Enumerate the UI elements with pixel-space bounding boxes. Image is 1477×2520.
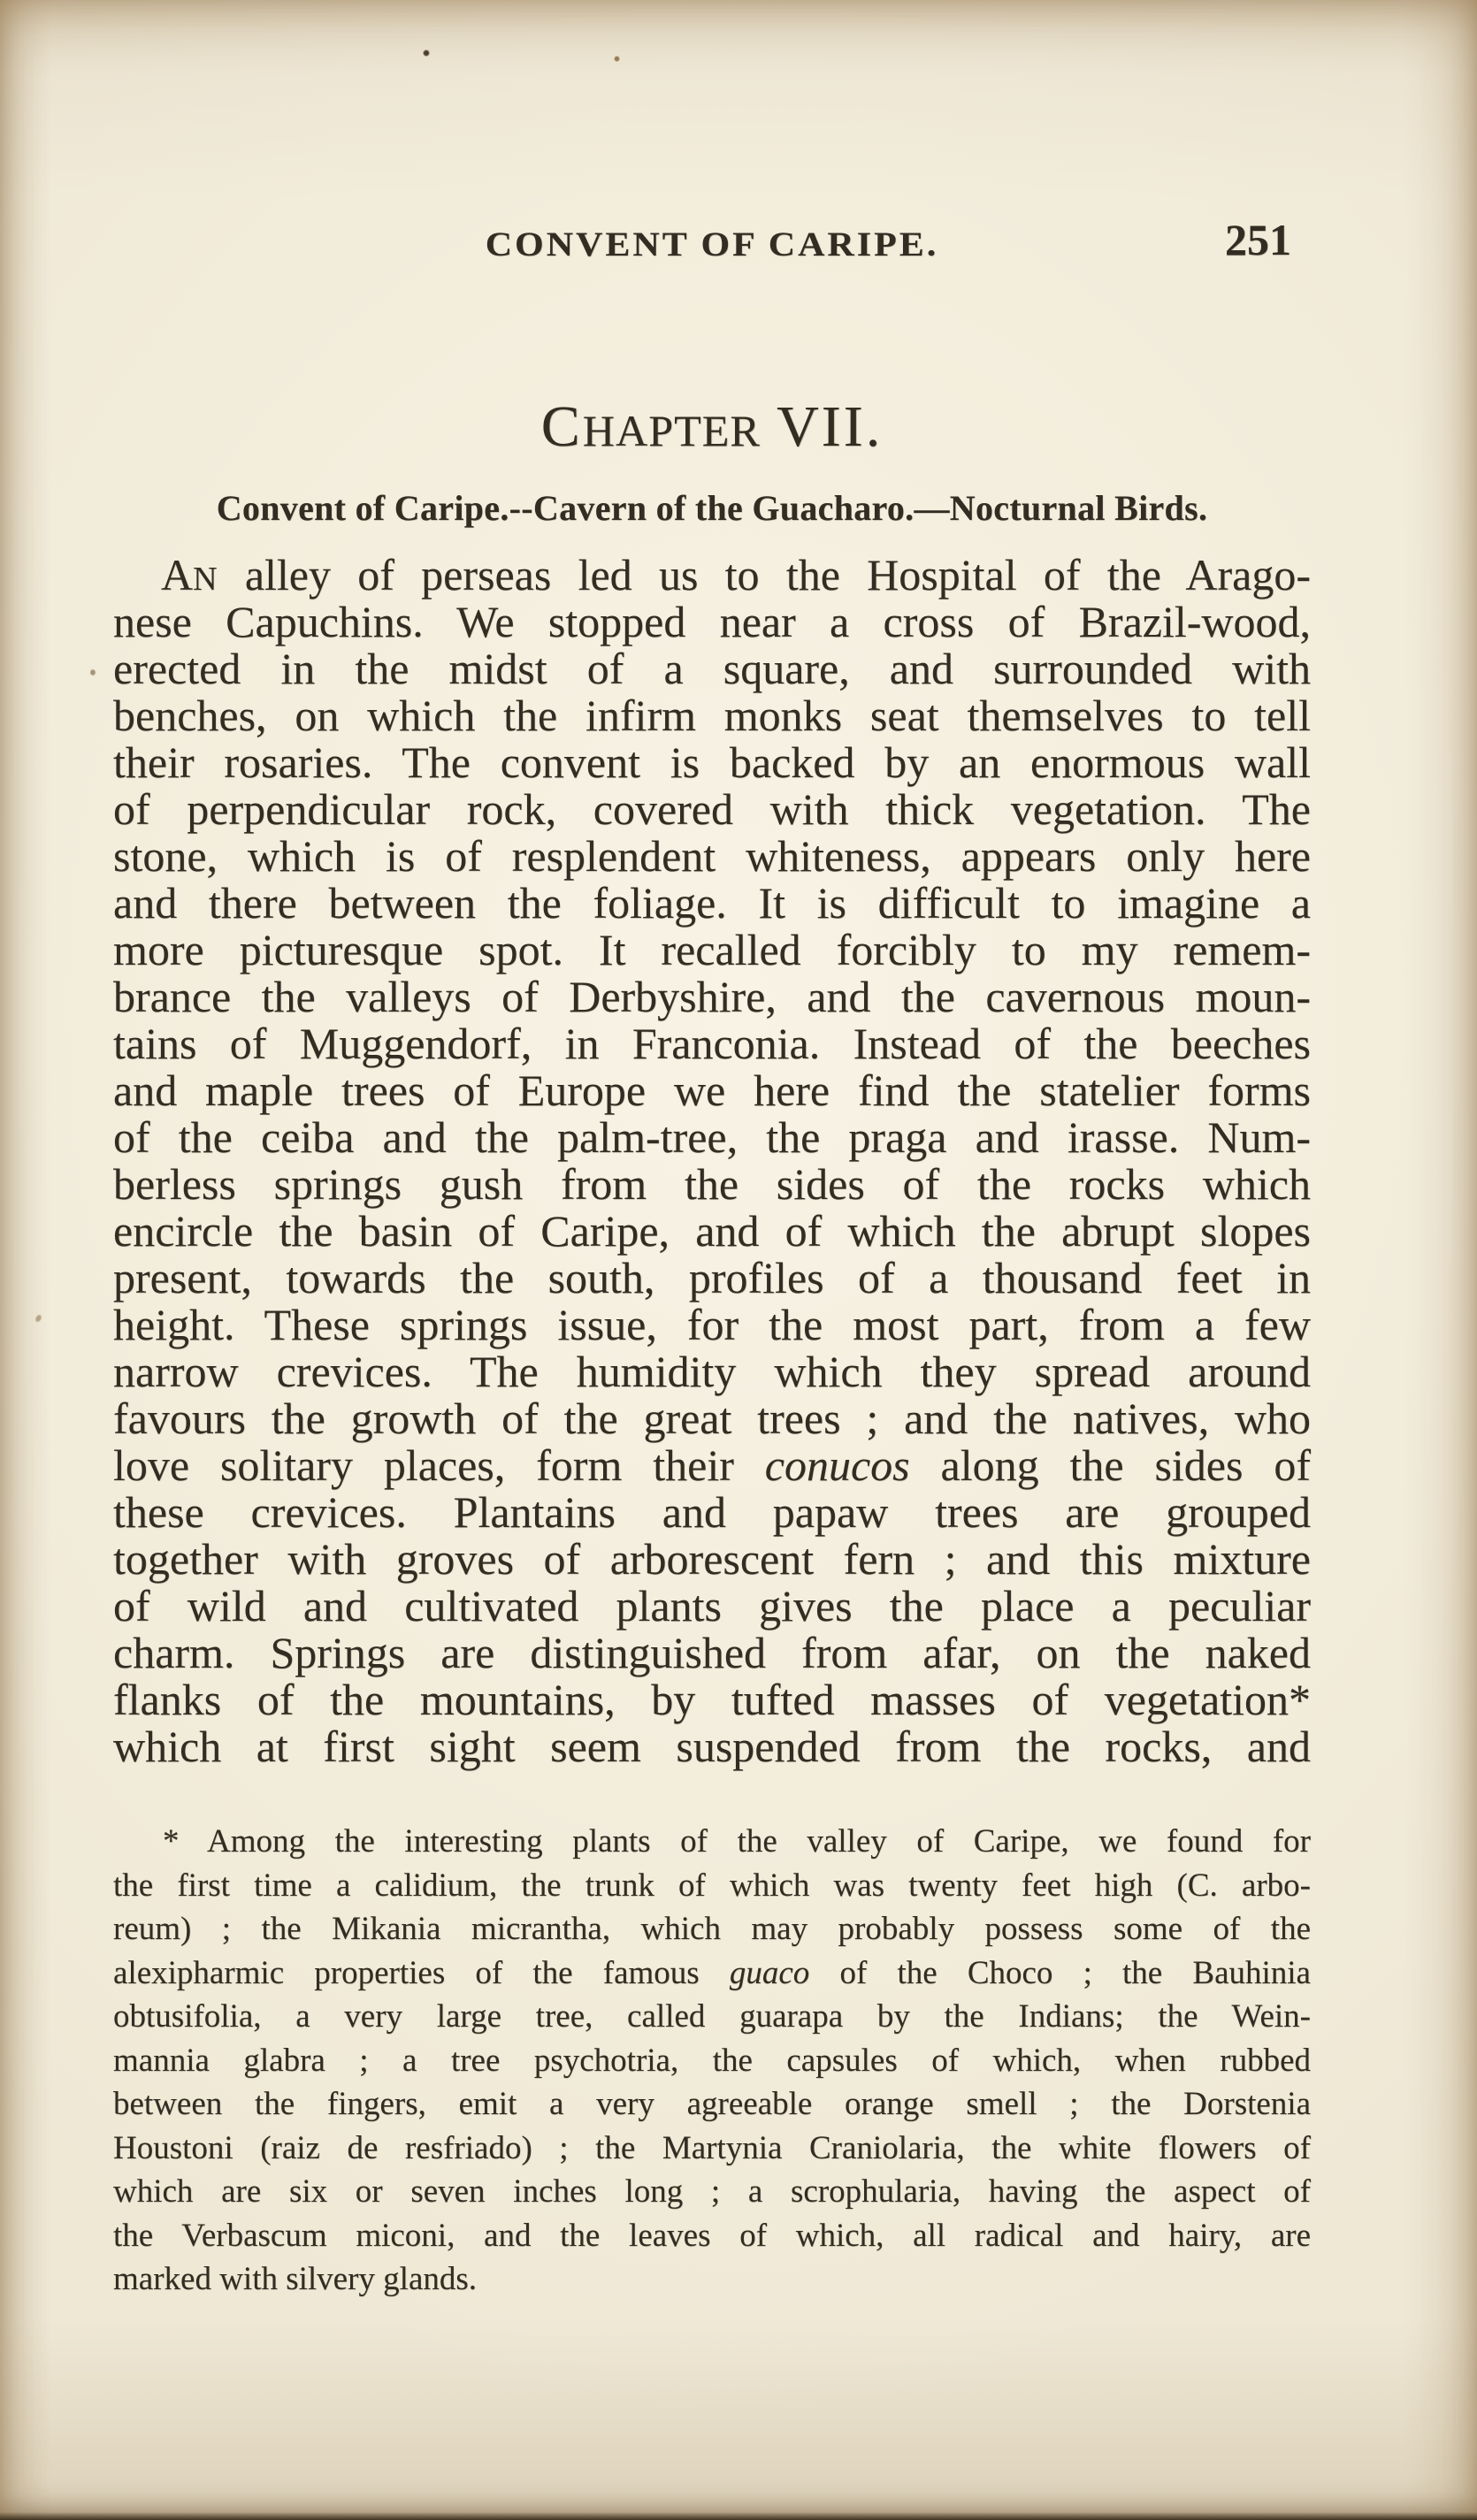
body-line: of perpendicular rock, covered with thic…	[113, 786, 1311, 833]
body-line: encircle the basin of Caripe, and of whi…	[113, 1208, 1311, 1255]
footnote-line: Houstoni (raiz de resfriado) ; the Marty…	[113, 2127, 1311, 2171]
paper-speck	[614, 56, 620, 62]
footnote-line: alexipharmic properties of the famous gu…	[113, 1951, 1311, 1996]
body-line: which at first sight seem suspended from…	[113, 1723, 1311, 1770]
body-line: present, towards the south, profiles of …	[113, 1255, 1311, 1302]
page-bottom-edge-shadow	[0, 2512, 1477, 2520]
footnote-line: which are six or seven inches long ; a s…	[113, 2170, 1311, 2214]
body-line: and maple trees of Europe we here find t…	[113, 1067, 1311, 1114]
body-line: of wild and cultivated plants gives the …	[113, 1583, 1311, 1630]
body-line: narrow crevices. The humidity which they…	[113, 1348, 1311, 1395]
chapter-subtitle: Convent of Caripe.--Cavern of the Guacha…	[113, 485, 1311, 531]
body-line: together with groves of arborescent fern…	[113, 1536, 1311, 1583]
body-line: favours the growth of the great trees ; …	[113, 1395, 1311, 1442]
book-page: CONVENT OF CARIPE. 251 Chapter VII. Conv…	[0, 0, 1477, 2520]
body-line: tains of Muggendorf, in Franconia. Inste…	[113, 1020, 1311, 1067]
footnote-line: the first time a calidium, the trunk of …	[113, 1864, 1311, 1908]
running-head: CONVENT OF CARIPE.	[486, 225, 939, 265]
body-line: love solitary places, form their conucos…	[113, 1442, 1311, 1489]
body-line: nese Capuchins. We stopped near a cross …	[113, 599, 1311, 645]
footnote-line: obtusifolia, a very large tree, called g…	[113, 1995, 1311, 2039]
footnote-line: mannia glabra ; a tree psychotria, the c…	[113, 2039, 1311, 2083]
body-line: their rosaries. The convent is backed by…	[113, 739, 1311, 786]
body-line: berless springs gush from the sides of t…	[113, 1161, 1311, 1208]
body-paragraph: An alley of perseas led us to the Hospit…	[113, 552, 1311, 1770]
body-line: these crevices. Plantains and papaw tree…	[113, 1489, 1311, 1536]
body-line: height. These springs issue, for the mos…	[113, 1302, 1311, 1348]
body-line: charm. Springs are distinguished from af…	[113, 1630, 1311, 1676]
body-line: of the ceiba and the palm-tree, the prag…	[113, 1114, 1311, 1161]
paper-speck	[34, 1313, 43, 1324]
paper-speck	[423, 50, 430, 57]
body-line: stone, which is of resplendent whiteness…	[113, 833, 1311, 880]
body-line: flanks of the mountains, by tufted masse…	[113, 1676, 1311, 1723]
footnote-line: * Among the interesting plants of the va…	[113, 1820, 1311, 1864]
footnote-line: reum) ; the Mikania micrantha, which may…	[113, 1907, 1311, 1951]
body-line: more picturesque spot. It recalled forci…	[113, 927, 1311, 974]
footnote-line: the Verbascum miconi, and the leaves of …	[113, 2214, 1311, 2258]
footnote-line: marked with silvery glands.	[113, 2257, 1311, 2302]
page-number: 251	[1225, 216, 1291, 263]
paper-speck	[90, 668, 96, 676]
page-header: CONVENT OF CARIPE. 251	[113, 223, 1311, 272]
body-line: brance the valleys of Derbyshire, and th…	[113, 974, 1311, 1020]
body-line: erected in the midst of a square, and su…	[113, 645, 1311, 692]
chapter-heading: Chapter VII.	[113, 396, 1311, 462]
body-line: and there between the foliage. It is dif…	[113, 880, 1311, 927]
body-line: benches, on which the infirm monks seat …	[113, 692, 1311, 739]
footnote-line: between the fingers, emit a very agreeab…	[113, 2082, 1311, 2127]
body-line: An alley of perseas led us to the Hospit…	[113, 552, 1311, 599]
footnote: * Among the interesting plants of the va…	[113, 1820, 1311, 2302]
